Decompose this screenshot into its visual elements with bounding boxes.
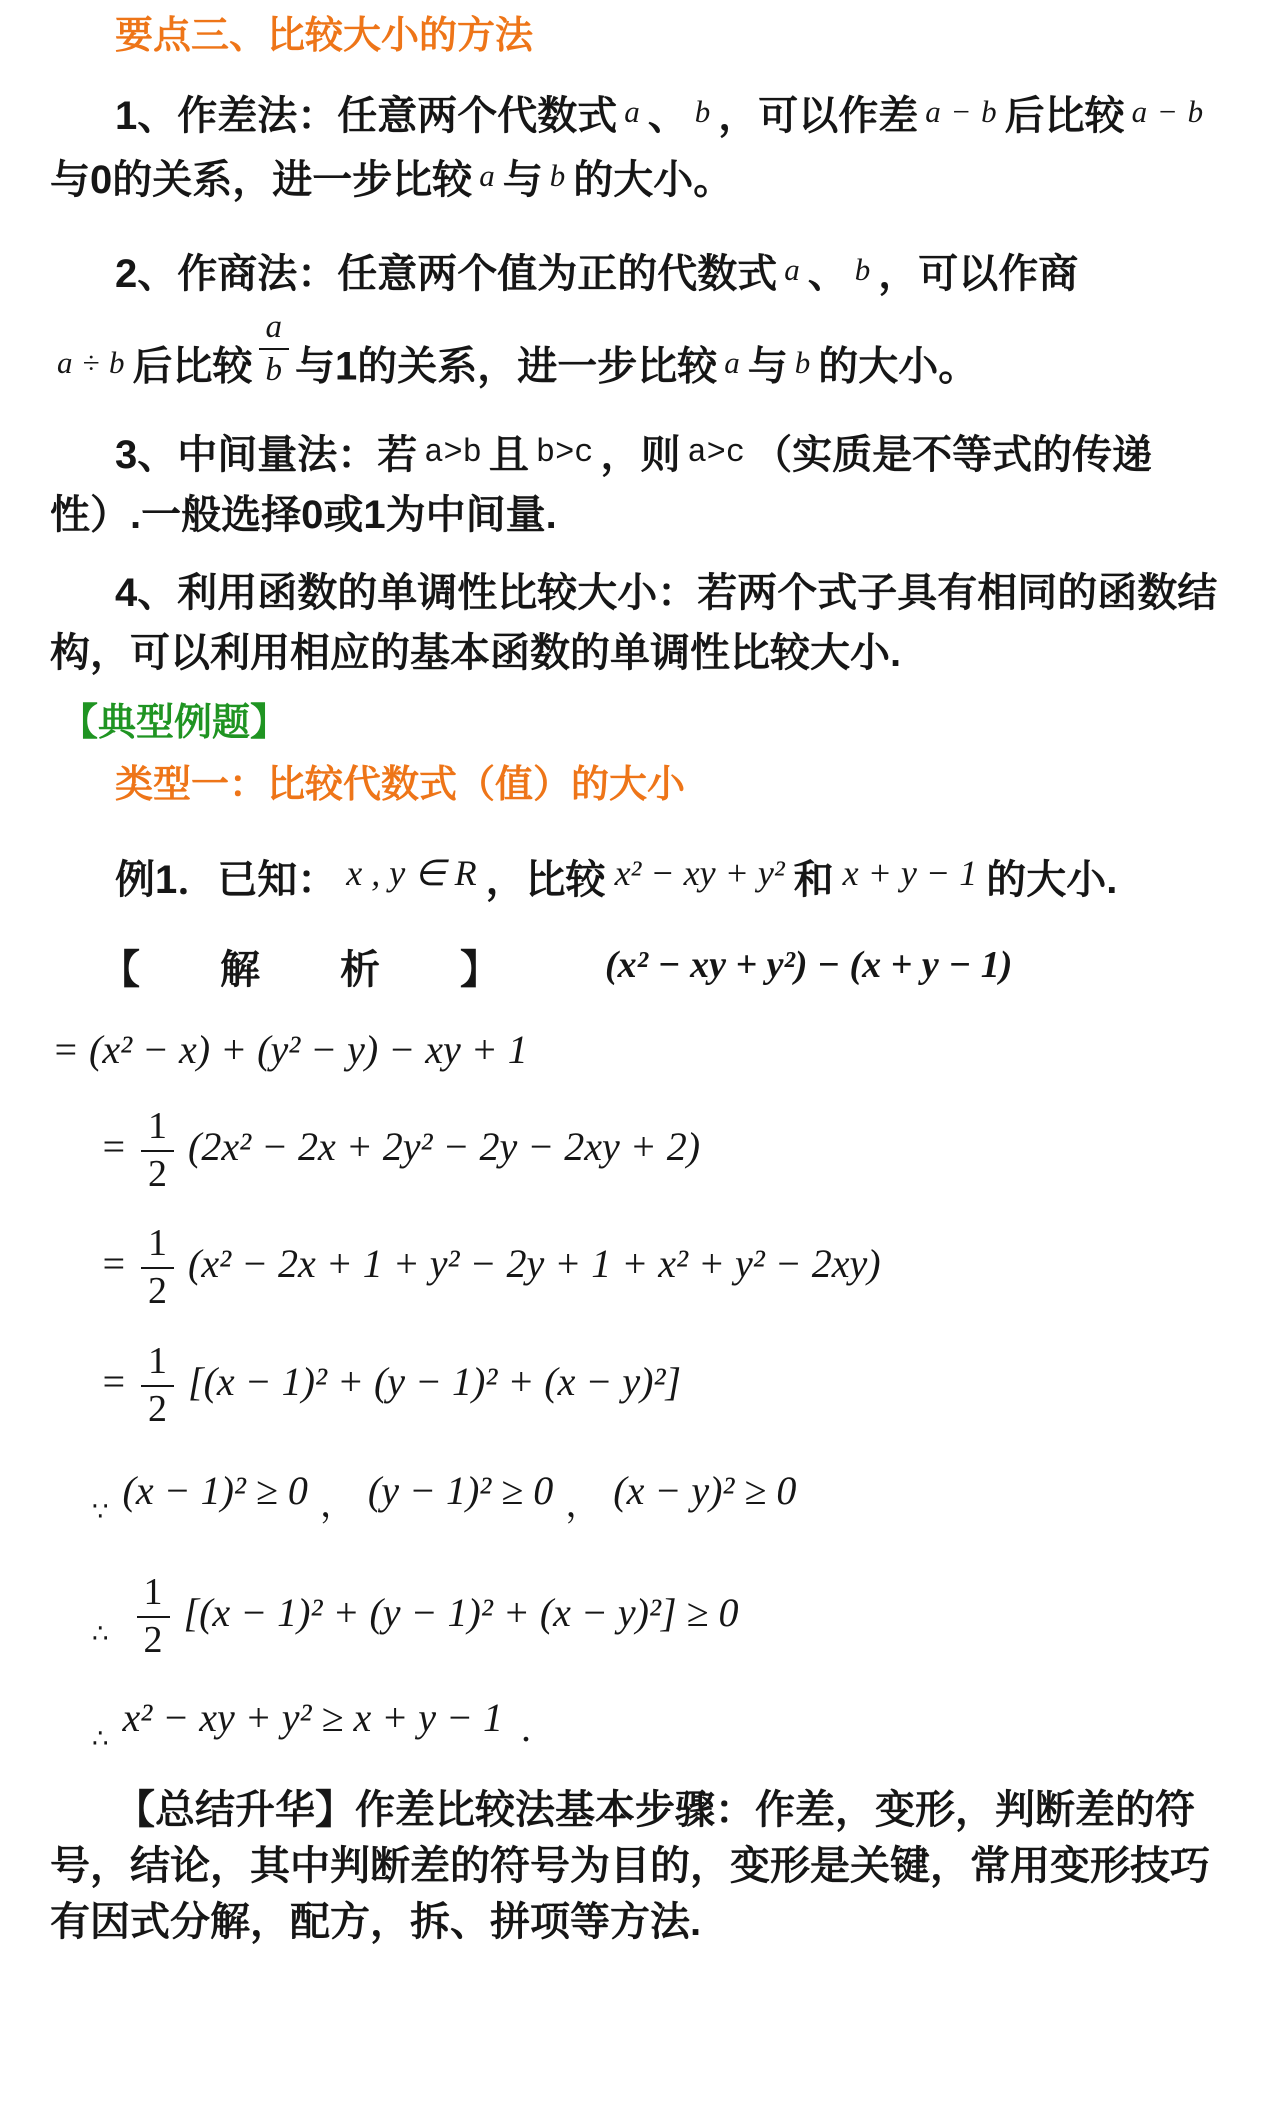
equals-sign: = — [100, 1242, 127, 1287]
example-label: 例1．已知： — [115, 858, 337, 902]
period: . — [521, 1705, 531, 1750]
text-run: 与1的关系，进一步比较 — [295, 345, 717, 389]
math-expr-2: x + y − 1 — [834, 853, 987, 893]
math-expression: [(x − 1)² + (y − 1)² + (x − y)²] ≥ 0 — [184, 1590, 739, 1635]
math-var-a: a — [617, 94, 648, 129]
fraction-numerator: 1 — [141, 1342, 174, 1387]
fraction-one-half: 12 — [135, 1342, 180, 1430]
math-square-1: (x − 1)² ≥ 0 — [123, 1468, 308, 1513]
math-conclusion: x² − xy + y² ≥ x + y − 1 — [123, 1695, 503, 1740]
math-var-b: b — [688, 94, 719, 129]
document-page: 要点三、比较大小的方法 1、作差法：任意两个代数式a、b，可以作差a − b后比… — [0, 0, 1280, 2112]
text-run: 与 — [748, 345, 788, 389]
fraction-denominator: 2 — [141, 1387, 174, 1430]
text-run: 与 — [503, 158, 543, 202]
math-square-3: (x − y)² ≥ 0 — [613, 1468, 796, 1513]
text-run: 的大小。 — [818, 345, 978, 389]
solution-step-because: ∵(x − 1)² ≥ 0，(y − 1)² ≥ 0，(x − y)² ≥ 0 — [92, 1464, 1235, 1539]
summary-label: 【总结升华】 — [115, 1788, 355, 1832]
fraction-one-half: 12 — [135, 1224, 180, 1312]
math-var-b: b — [848, 252, 879, 287]
math-square-2: (y − 1)² ≥ 0 — [368, 1468, 553, 1513]
text-run: ，可以作差 — [718, 94, 918, 138]
paragraph-method-intermediate: 3、中间量法：若a>b且b>c，则a>c（实质是不等式的传递性）.一般选择0或1… — [50, 423, 1235, 545]
math-a-minus-b: a − b — [918, 94, 1004, 129]
math-expression: (2x² − 2x + 2y² − 2y − 2xy + 2) — [188, 1124, 700, 1169]
fraction-denominator: b — [259, 350, 290, 388]
solution-step-therefore-2: ∴x² − xy + y² ≥ x + y − 1. — [92, 1691, 1235, 1766]
equals-sign: = — [100, 1124, 127, 1169]
math-var-a: a — [472, 158, 503, 193]
equals-sign: = — [100, 1359, 127, 1404]
solution-step-4: =12[(x − 1)² + (y − 1)² + (x − y)²] — [100, 1342, 1235, 1430]
subsection-heading-type1: 类型一：比较代数式（值）的大小 — [115, 761, 1235, 809]
math-expr-1: x² − xy + y² — [606, 853, 794, 893]
math-a-gt-b: a>b — [417, 434, 489, 471]
math-expression: (x² − 2x + 1 + y² − 2y + 1 + x² + y² − 2… — [188, 1242, 881, 1287]
text-run: 、 — [808, 252, 848, 296]
text-run: 后比较 — [133, 345, 253, 389]
math-a-div-b: a ÷ b — [50, 345, 133, 380]
paragraph-method-quotient-line1: 2、作商法：任意两个值为正的代数式a、b，可以作商 — [50, 240, 1235, 304]
math-b-gt-c: b>c — [529, 434, 601, 471]
paragraph-method-quotient-line2: a ÷ b后比较ab与1的关系，进一步比较a与b的大小。 — [50, 310, 1235, 397]
fraction-numerator: 1 — [141, 1224, 174, 1269]
fraction-numerator: a — [259, 310, 290, 350]
section-heading-methods: 要点三、比较大小的方法 — [115, 12, 1235, 60]
math-var-b: b — [543, 158, 574, 193]
solution-label-line: 【 解 析 】(x² − xy + y²) − (x + y − 1) — [100, 938, 1235, 995]
therefore-symbol: ∴ — [92, 1724, 109, 1754]
fraction-one-half: 12 — [135, 1107, 180, 1195]
math-difference-expression: (x² − xy + y²) − (x + y − 1) — [605, 944, 1012, 986]
math-expression: [(x − 1)² + (y − 1)² + (x − y)²] — [188, 1359, 681, 1404]
solution-step-1: = (x² − x) + (y² − y) − xy + 1 — [52, 1023, 1235, 1077]
math-var-b: b — [788, 345, 819, 380]
fraction-numerator: 1 — [137, 1573, 170, 1618]
text-run: 与0的关系，进一步比较 — [50, 158, 472, 202]
paragraph-method-monotonicity: 4、利用函数的单调性比较大小：若两个式子具有相同的函数结构，可以利用相应的基本函… — [50, 563, 1235, 683]
text-run: 、 — [648, 94, 688, 138]
math-a-minus-b: a − b — [1125, 94, 1211, 129]
fraction-denominator: 2 — [141, 1152, 174, 1195]
comma: ， — [320, 1483, 356, 1524]
text-run: ，比较 — [486, 858, 606, 902]
text-run: 后比较 — [1005, 94, 1125, 138]
solution-label: 【 解 析 】 — [100, 948, 520, 992]
therefore-symbol: ∴ — [92, 1619, 109, 1649]
section-heading-examples: 【典型例题】 — [60, 699, 1235, 747]
text-run: 2、作商法：任意两个值为正的代数式 — [115, 252, 777, 296]
solution-step-therefore-1: ∴12[(x − 1)² + (y − 1)² + (x − y)²] ≥ 0 — [92, 1573, 1235, 1661]
math-var-a: a — [777, 252, 808, 287]
paragraph-example-1: 例1．已知：x , y ∈ R，比较x² − xy + y²和x + y − 1… — [50, 843, 1235, 910]
math-var-a: a — [717, 345, 748, 380]
fraction-numerator: 1 — [141, 1107, 174, 1152]
text-run: 且 — [489, 433, 529, 477]
text-run: 的大小. — [986, 858, 1117, 902]
fraction-one-half: 12 — [131, 1573, 176, 1661]
solution-step-3: =12(x² − 2x + 1 + y² − 2y + 1 + x² + y² … — [100, 1224, 1235, 1312]
because-symbol: ∵ — [92, 1497, 109, 1527]
fraction-denominator: 2 — [137, 1618, 170, 1661]
paragraph-summary: 【总结升华】作差比较法基本步骤：作差，变形，判断差的符号，结论，其中判断差的符号… — [50, 1782, 1235, 1950]
solution-step-2: =12(2x² − 2x + 2y² − 2y − 2xy + 2) — [100, 1107, 1235, 1195]
paragraph-method-difference: 1、作差法：任意两个代数式a、b，可以作差a − b后比较a − b与0的关系，… — [50, 82, 1235, 210]
text-run: ，则 — [600, 433, 680, 477]
text-run: 和 — [794, 858, 834, 902]
math-xy-in-R: x , y ∈ R — [337, 853, 485, 893]
math-a-gt-c: a>c — [680, 434, 752, 471]
comma: ， — [565, 1483, 601, 1524]
text-run: 的大小。 — [573, 158, 733, 202]
text-run: ，可以作商 — [878, 252, 1078, 296]
fraction-denominator: 2 — [141, 1269, 174, 1312]
text-run: 1、作差法：任意两个代数式 — [115, 94, 617, 138]
text-run: 3、中间量法：若 — [115, 433, 417, 477]
fraction-a-over-b: ab — [253, 310, 296, 387]
